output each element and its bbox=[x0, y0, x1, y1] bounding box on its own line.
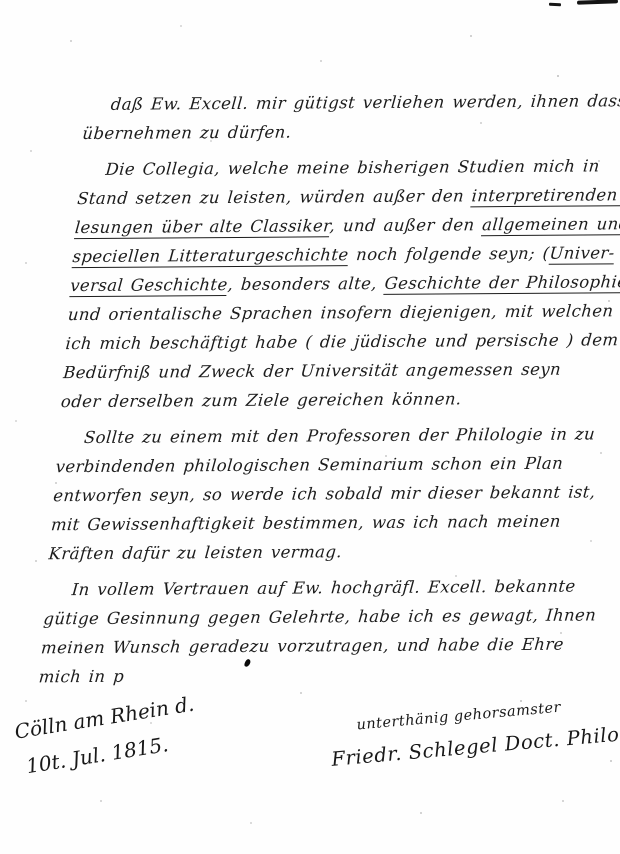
manuscript-line: meinen Wunsch geradezu vorzutragen, und … bbox=[40, 630, 568, 663]
manuscript-line: versal Geschichte, besonders alte, Gesch… bbox=[69, 267, 597, 300]
underlined-phrase: Univer- bbox=[549, 243, 616, 264]
text-segment: mich in p bbox=[38, 667, 125, 687]
text-segment: oder derselben zum Ziele gereichen könne… bbox=[60, 389, 462, 411]
text-segment: Die Collegia, welche meine bisherigen St… bbox=[105, 156, 601, 178]
manuscript-line: lesungen über alte Classiker, und außer … bbox=[74, 209, 602, 242]
manuscript-line: verbindenden philologischen Seminarium s… bbox=[55, 449, 583, 482]
text-segment: daß Ew. Excell. mir gütigst verliehen we… bbox=[110, 91, 620, 114]
paragraph: Sollte zu einem mit den Professoren der … bbox=[48, 420, 586, 569]
manuscript-page: daß Ew. Excell. mir gütigst verliehen we… bbox=[0, 0, 620, 854]
manuscript-line: Bedürfniß und Zweck der Universität ange… bbox=[62, 354, 590, 387]
text-segment: , und außer den bbox=[329, 215, 483, 235]
manuscript-line: und orientalische Sprachen insofern diej… bbox=[67, 296, 595, 329]
dateline-block: Cölln am Rhein d. 10t. Jul. 1815. bbox=[12, 686, 202, 785]
closing-block: unterthänig gehorsamster Friedr. Schlege… bbox=[328, 693, 620, 771]
manuscript-line: Sollte zu einem mit den Professoren der … bbox=[57, 420, 585, 453]
manuscript-line: oder derselben zum Ziele gereichen könne… bbox=[60, 384, 588, 417]
manuscript-line: daß Ew. Excell. mir gütigst verliehen we… bbox=[84, 86, 612, 119]
text-segment: mit Gewissenhaftigkeit bestimmen, was ic… bbox=[50, 512, 561, 535]
manuscript-line: In vollem Vertrauen auf Ew. hochgräfl. E… bbox=[45, 572, 573, 605]
manuscript-line: mich in p bbox=[38, 659, 566, 692]
text-segment: Kräften dafür zu leisten vermag. bbox=[48, 542, 343, 563]
underlined-phrase: versal Geschichte bbox=[69, 275, 228, 297]
manuscript-line: mit Gewissenhaftigkeit bestimmen, was ic… bbox=[50, 507, 578, 540]
text-segment: Bedürfniß und Zweck der Universität ange… bbox=[62, 360, 561, 382]
text-segment: meinen Wunsch geradezu vorzutragen, und … bbox=[40, 635, 564, 658]
text-segment: entworfen seyn, so werde ich sobald mir … bbox=[53, 482, 597, 505]
underlined-phrase: speciellen Litteraturgeschichte bbox=[72, 245, 350, 268]
manuscript-line: Stand setzen zu leisten, würden außer de… bbox=[76, 180, 604, 213]
manuscript-line: übernehmen zu dürfen. bbox=[81, 115, 609, 148]
text-segment: Sollte zu einem mit den Professoren der … bbox=[83, 424, 596, 447]
text-segment: Stand setzen zu leisten, würden außer de… bbox=[77, 186, 473, 208]
manuscript-body: daß Ew. Excell. mir gütigst verliehen we… bbox=[37, 86, 612, 698]
text-segment: In vollem Vertrauen auf Ew. hochgräfl. E… bbox=[71, 577, 576, 600]
underlined-phrase: lesungen über alte Classiker bbox=[74, 216, 330, 239]
text-segment: übernehmen zu dürfen. bbox=[82, 123, 292, 143]
text-segment: noch folgende seyn; ( bbox=[348, 244, 551, 264]
underlined-phrase: Geschichte der Philosophie bbox=[384, 272, 620, 295]
paragraph: Die Collegia, welche meine bisherigen St… bbox=[60, 151, 607, 416]
text-segment: ich mich beschäftigt habe ( die jüdische… bbox=[65, 330, 619, 353]
underlined-phrase: interpretirenden Vor- bbox=[471, 185, 620, 207]
manuscript-line: gütige Gesinnung gegen Gelehrte, habe ic… bbox=[42, 601, 570, 634]
text-segment: verbindenden philologischen Seminarium s… bbox=[55, 454, 564, 477]
scan-artifact-dash bbox=[577, 0, 618, 5]
scan-artifact-dash bbox=[549, 3, 561, 6]
manuscript-line: entworfen seyn, so werde ich sobald mir … bbox=[52, 478, 580, 511]
text-segment: und orientalische Sprachen insofern diej… bbox=[67, 301, 614, 324]
paragraph: daß Ew. Excell. mir gütigst verliehen we… bbox=[81, 86, 612, 148]
underlined-phrase: allgemeinen und bbox=[481, 214, 620, 236]
text-segment: , besonders alte, bbox=[227, 274, 386, 294]
manuscript-line: Kräften dafür zu leisten vermag. bbox=[48, 536, 576, 569]
text-segment: gütige Gesinnung gegen Gelehrte, habe ic… bbox=[43, 605, 597, 628]
scan-speckle-noise bbox=[0, 0, 2, 2]
manuscript-line: Die Collegia, welche meine bisherigen St… bbox=[78, 151, 606, 184]
manuscript-line: speciellen Litteraturgeschichte noch fol… bbox=[71, 238, 599, 271]
paragraph: In vollem Vertrauen auf Ew. hochgräfl. E… bbox=[38, 572, 573, 692]
manuscript-line: ich mich beschäftigt habe ( die jüdische… bbox=[64, 325, 592, 358]
